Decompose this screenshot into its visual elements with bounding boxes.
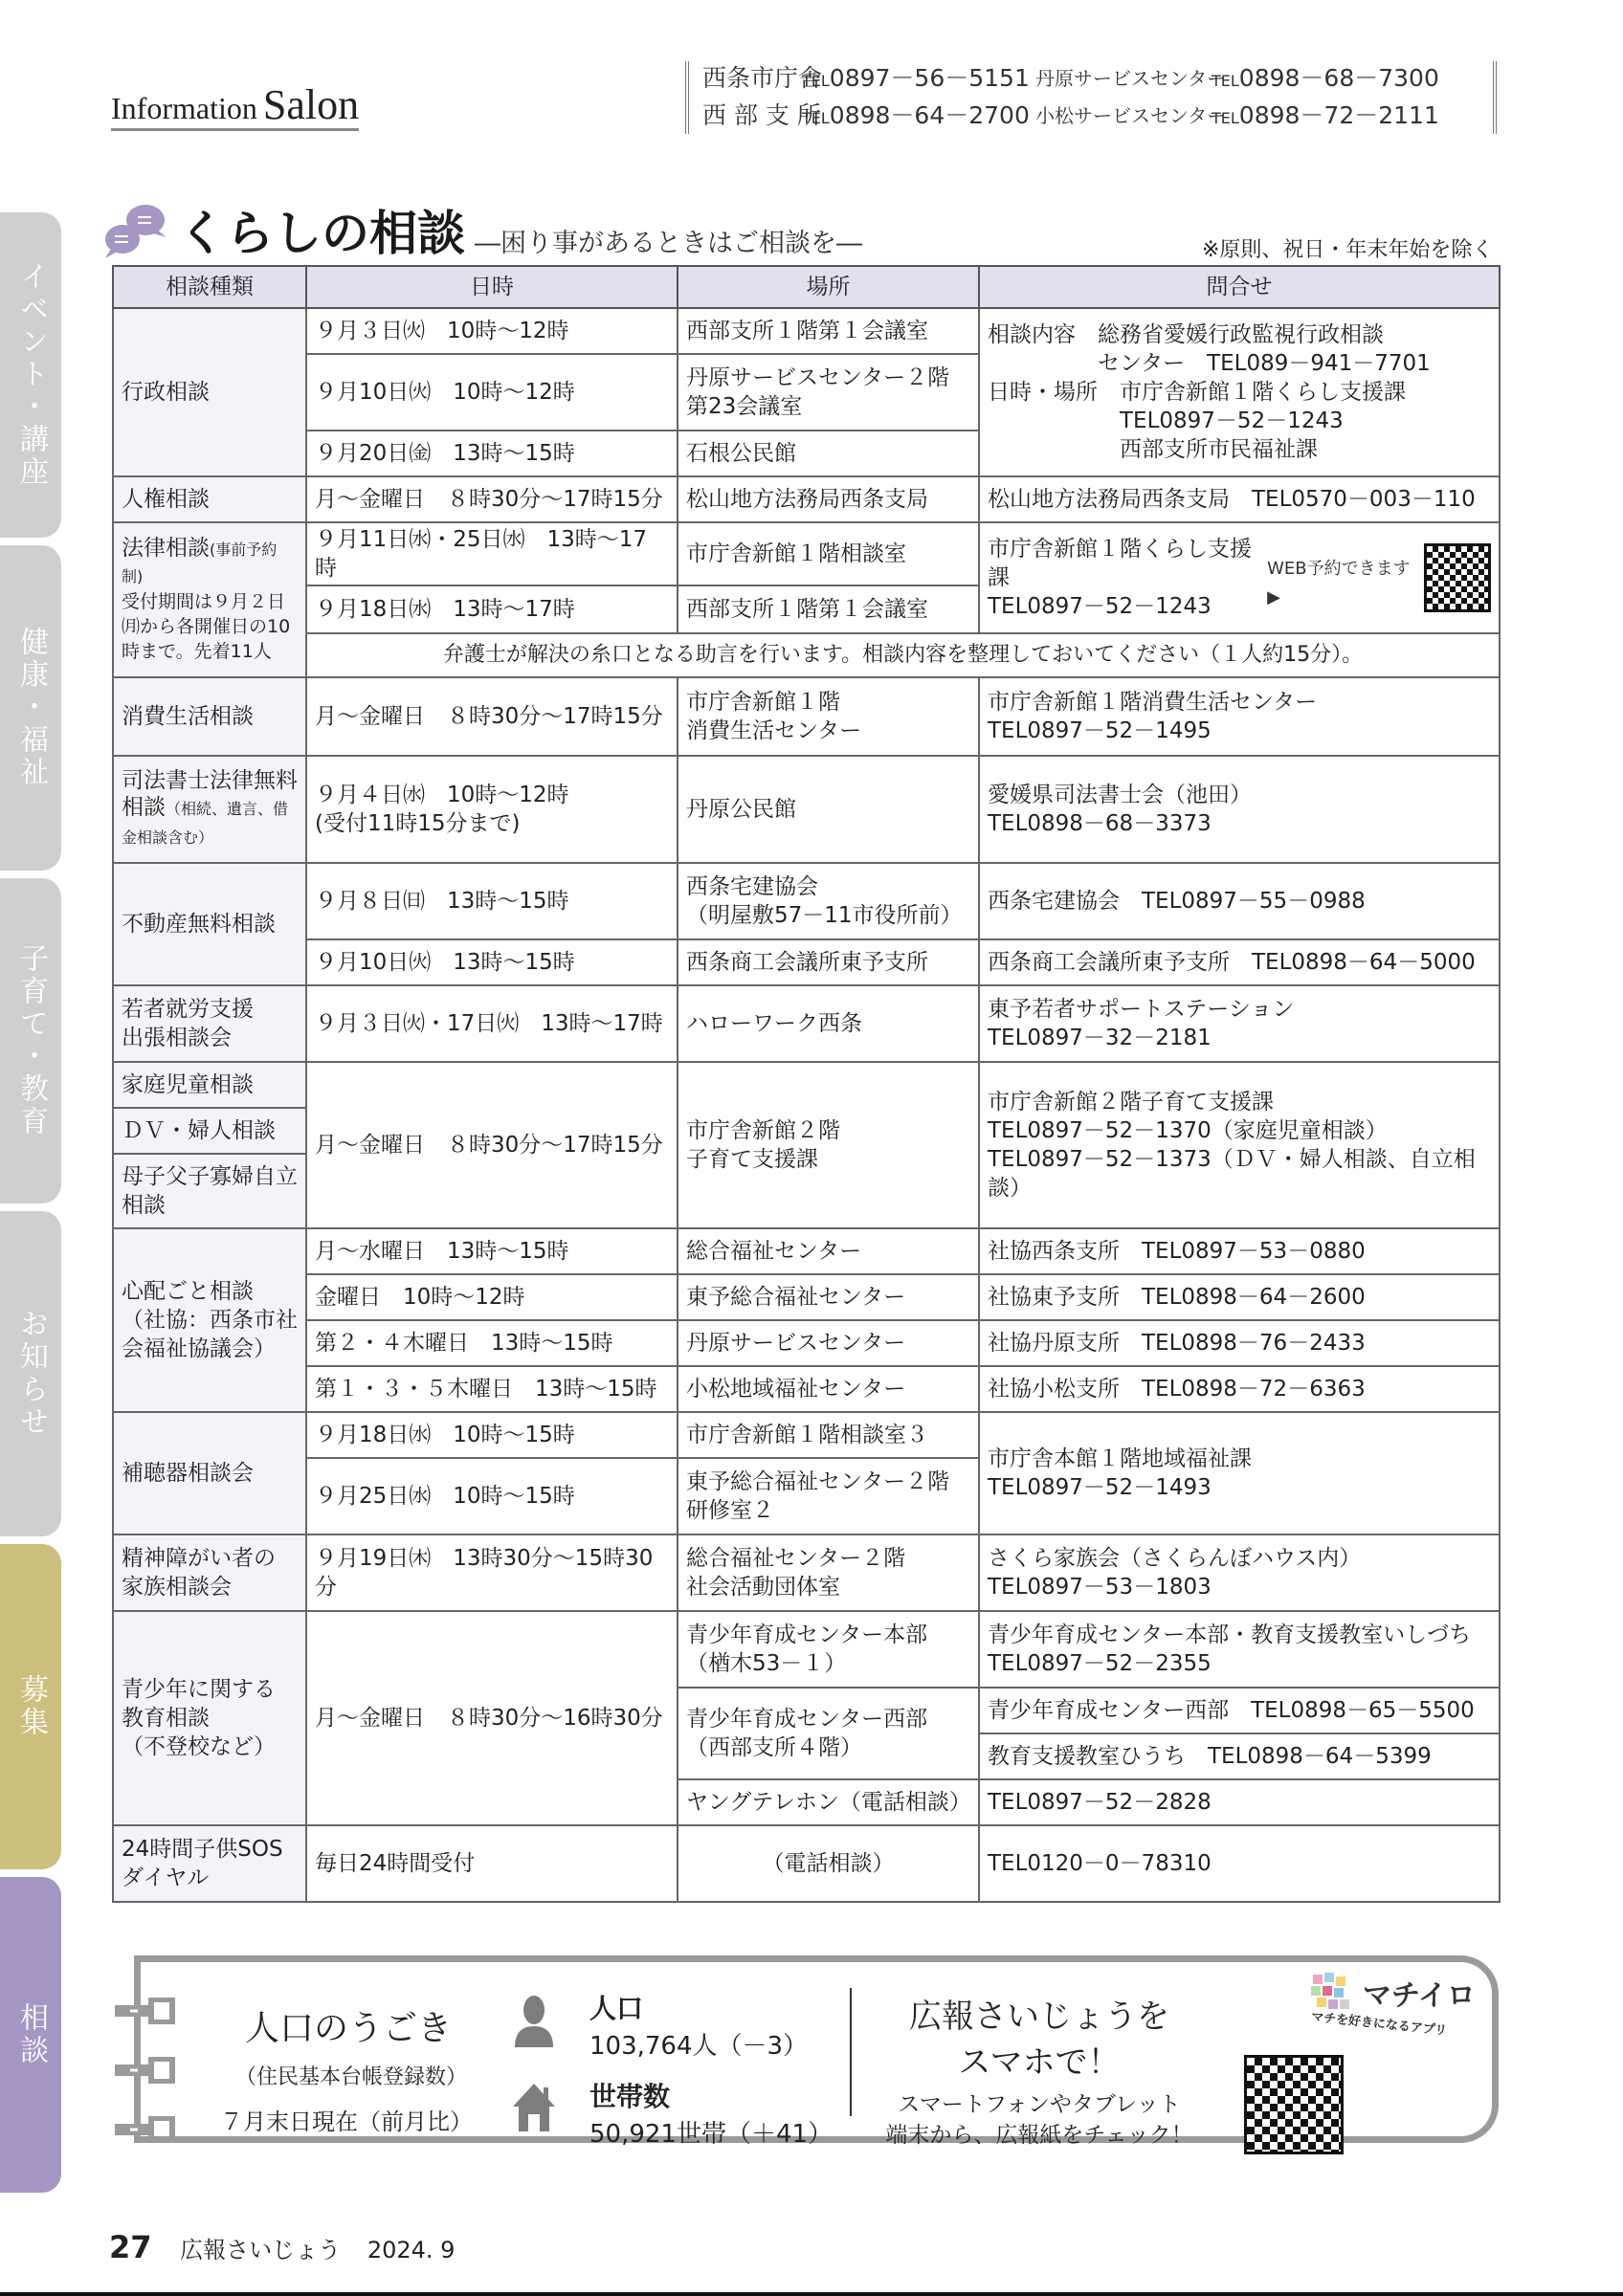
contact-cell: 青少年育成センター本部・教育支援教室いしづちTEL0897－52－2355 [979, 1611, 1500, 1688]
contact-cell: 市庁舎新館２階子育て支援課TEL0897－52－1370（家庭児童相談）TEL0… [979, 1062, 1500, 1228]
table-row: 不動産無料相談 ９月８日㈰ 13時～15時 西条宅建協会（明屋敷57－11市役所… [113, 863, 1500, 939]
date-cell: ９月18日㈬ 10時～15時 [306, 1412, 678, 1458]
place-cell: 丹原サービスセンター２階第23会議室 [678, 354, 979, 430]
contact-cell: TEL0897－52－2828 [979, 1779, 1500, 1825]
side-tab-events[interactable]: イベント・講座 [0, 212, 61, 538]
contact-cell: 愛媛県司法書士会（池田）TEL0898－68－3373 [979, 756, 1500, 863]
population-value: 103,764人（－3） [589, 2026, 808, 2062]
page-footer: 27 広報さいじょう 2024. 9 [109, 2229, 455, 2265]
side-tab-childcare[interactable]: 子育て・教育 [0, 878, 61, 1203]
office-phone-directory: 西条市庁舎 TEL0897－56－5151 丹原サービスセンター TEL0898… [685, 61, 1497, 134]
app-promo-description: スマートフォンやタブレット端末から、広報紙をチェック！ [877, 2089, 1202, 2151]
table-header-row: 相談種類 日時 場所 問合せ [113, 266, 1500, 308]
place-cell: 石根公民館 [678, 430, 979, 476]
office-tel: TEL0897－56－5151 [802, 61, 1035, 99]
date-cell: ９月11日㈬・25日㈬ 13時～17時 [306, 522, 678, 585]
table-row: 若者就労支援出張相談会 ９月３日㈫・17日㈫ 13時～17時 ハローワーク西条 … [113, 985, 1500, 1062]
date-cell: ９月18日㈬ 13時～17時 [306, 585, 678, 633]
column-header: 場所 [678, 266, 979, 308]
date-cell: ９月19日㈭ 13時30分～15時30分 [306, 1534, 678, 1611]
contact-cell: 青少年育成センター西部 TEL0898－65－5500 [979, 1688, 1500, 1733]
office-name: 小松サービスセンター [1035, 99, 1212, 136]
place-cell: 総合福祉センター [678, 1228, 979, 1274]
table-row: 第１・３・５木曜日 13時～15時 小松地域福祉センター 社協小松支所 TEL0… [113, 1366, 1500, 1412]
place-cell: 松山地方法務局西条支局 [678, 476, 979, 522]
date-cell: 月～金曜日 ８時30分～17時15分 [306, 476, 678, 522]
date-cell: 月～金曜日 ８時30分～17時15分 [306, 1062, 678, 1228]
contact-cell: 社協西条支所 TEL0897－53－0880 [979, 1228, 1500, 1274]
place-cell: 丹原サービスセンター [678, 1320, 979, 1366]
population-as-of: ７月末日現在（前月比） [220, 2103, 473, 2136]
information-salon-logo: InformationSalon [111, 84, 359, 131]
contact-cell: 社協丹原支所 TEL0898－76－2433 [979, 1320, 1500, 1366]
date-cell: ９月10日㈫ 10時～12時 [306, 354, 678, 430]
table-row: ９月10日㈫ 13時～15時 西条商工会議所東予支所 西条商工会議所東予支所 T… [113, 939, 1500, 985]
category-cell: 若者就労支援出張相談会 [113, 985, 306, 1062]
side-tab-notices[interactable]: お知らせ [0, 1211, 61, 1536]
person-icon [513, 1994, 555, 2047]
column-header: 問合せ [979, 266, 1500, 308]
column-header: 日時 [306, 266, 678, 308]
binder-ring-icon [113, 1998, 176, 2024]
table-row: 24時間子供SOSダイヤル 毎日24時間受付 （電話相談） TEL0120－0－… [113, 1825, 1500, 1902]
page-number: 27 [109, 2229, 152, 2265]
contact-cell: 相談内容 総務省愛媛行政監視行政相談 センター TEL089－941－7701日… [979, 308, 1500, 476]
consultation-table: 相談種類 日時 場所 問合せ 行政相談 ９月３日㈫ 10時～12時 西部支所１階… [112, 265, 1501, 1903]
web-reservation-label: WEB予約できます▶ [1267, 555, 1419, 612]
place-cell: 青少年育成センター西部（西部支所４階） [678, 1688, 979, 1779]
house-icon [511, 2082, 557, 2131]
contact-cell: 松山地方法務局西条支局 TEL0570－003－110 [979, 476, 1500, 522]
office-tel: TEL0898－72－2111 [1212, 99, 1422, 136]
table-row: 補聴器相談会 ９月18日㈬ 10時～15時 市庁舎新館１階相談室３ 市庁舎本館１… [113, 1412, 1500, 1458]
contact-cell: さくら家族会（さくらんぼハウス内）TEL0897－53－1803 [979, 1534, 1500, 1611]
table-row: 家庭児童相談 月～金曜日 ８時30分～17時15分 市庁舎新館２階子育て支援課 … [113, 1062, 1500, 1108]
place-cell: 市庁舎新館２階子育て支援課 [678, 1062, 979, 1228]
population-label: 人口 [589, 1988, 808, 2026]
category-cell: 母子父子寡婦自立相談 [113, 1154, 306, 1228]
category-cell: 心配ごと相談（社協：西条市社会福祉協議会） [113, 1228, 306, 1412]
place-cell: 東予総合福祉センター [678, 1274, 979, 1320]
place-cell: 市庁舎新館１階相談室 [678, 522, 979, 585]
place-cell: 市庁舎新館１階相談室３ [678, 1412, 979, 1458]
category-cell: 24時間子供SOSダイヤル [113, 1825, 306, 1902]
table-row: 人権相談 月～金曜日 ８時30分～17時15分 松山地方法務局西条支局 松山地方… [113, 476, 1500, 522]
population-title: 人口のうごき [245, 2001, 452, 2050]
category-cell: 青少年に関する教育相談（不登校など） [113, 1611, 306, 1825]
category-cell: 精神障がい者の家族相談会 [113, 1534, 306, 1611]
note-cell: 弁護士が解決の糸口となる助言を行います。相談内容を整理しておいてください（１人約… [306, 633, 1500, 677]
contact-cell: 西条宅建協会 TEL0897－55－0988 [979, 863, 1500, 939]
date-cell: ９月25日㈬ 10時～15時 [306, 1458, 678, 1534]
place-cell: 西条商工会議所東予支所 [678, 939, 979, 985]
table-row: 行政相談 ９月３日㈫ 10時～12時 西部支所１階第１会議室 相談内容 総務省愛… [113, 308, 1500, 354]
place-cell: 青少年育成センター本部（楢木53－１） [678, 1611, 979, 1688]
place-cell: 小松地域福祉センター [678, 1366, 979, 1412]
office-name: 西 部 支 所 [702, 99, 802, 136]
contact-cell: 教育支援教室ひうち TEL0898－64－5399 [979, 1733, 1500, 1779]
date-cell: ９月８日㈰ 13時～15時 [306, 863, 678, 939]
place-cell: 西部支所１階第１会議室 [678, 585, 979, 633]
date-cell: 月～金曜日 ８時30分～16時30分 [306, 1611, 678, 1825]
contact-cell: 市庁舎本館１階地域福祉課TEL0897－52－1493 [979, 1412, 1500, 1534]
category-cell: 補聴器相談会 [113, 1412, 306, 1534]
date-cell: ９月３日㈫ 10時～12時 [306, 308, 678, 354]
date-cell: 第１・３・５木曜日 13時～15時 [306, 1366, 678, 1412]
date-cell: 月～水曜日 13時～15時 [306, 1228, 678, 1274]
date-cell: ９月10日㈫ 13時～15時 [306, 939, 678, 985]
category-cell: ＤＶ・婦人相談 [113, 1108, 306, 1154]
table-row: 弁護士が解決の糸口となる助言を行います。相談内容を整理しておいてください（１人約… [113, 633, 1500, 677]
column-header: 相談種類 [113, 266, 306, 308]
office-tel: TEL0898－68－7300 [1212, 61, 1422, 99]
place-cell: 西条宅建協会（明屋敷57－11市役所前） [678, 863, 979, 939]
category-cell: 家庭児童相談 [113, 1062, 306, 1108]
category-cell: 司法書士法律無料相談（相続、遺言、借金相談含む） [113, 756, 306, 863]
place-cell: 丹原公民館 [678, 756, 979, 863]
category-cell: 法律相談(事前予約制) 受付期間は９月２日㈪から各開催日の10時まで。先着11人 [113, 522, 306, 677]
contact-cell: TEL0120－0－78310 [979, 1825, 1500, 1902]
category-cell: 行政相談 [113, 308, 306, 476]
date-cell: 金曜日 10時～12時 [306, 1274, 678, 1320]
date-cell: 毎日24時間受付 [306, 1825, 678, 1902]
section-subtitle: ―困り事があるときはご相談を― [475, 222, 862, 259]
category-cell: 不動産無料相談 [113, 863, 306, 985]
office-tel: TEL0898－64－2700 [802, 99, 1035, 136]
side-tab-recruitment[interactable]: 募集 [0, 1544, 61, 1869]
contact-cell: 市庁舎新館１階消費生活センターTEL0897－52－1495 [979, 677, 1500, 756]
contact-cell: 東予若者サポートステーションTEL0897－32－2181 [979, 985, 1500, 1062]
table-row: 金曜日 10時～12時 東予総合福祉センター 社協東予支所 TEL0898－64… [113, 1274, 1500, 1320]
office-name: 西条市庁舎 [702, 61, 802, 99]
divider [850, 1988, 852, 2116]
table-row: 心配ごと相談（社協：西条市社会福祉協議会） 月～水曜日 13時～15時 総合福祉… [113, 1228, 1500, 1274]
place-cell: 市庁舎新館１階消費生活センター [678, 677, 979, 756]
contact-cell: 市庁舎新館１階くらし支援課TEL0897－52－1243 WEB予約できます▶ [979, 522, 1500, 633]
section-title: くらしの相談 [178, 205, 465, 262]
qr-code-icon[interactable] [1424, 543, 1491, 612]
contact-cell: 社協小松支所 TEL0898－72－6363 [979, 1366, 1500, 1412]
table-row: 精神障がい者の家族相談会 ９月19日㈭ 13時30分～15時30分 総合福祉セン… [113, 1534, 1500, 1611]
contact-cell: 社協東予支所 TEL0898－64－2600 [979, 1274, 1500, 1320]
speech-bubbles-icon [103, 203, 168, 260]
section-note: ※原則、祝日・年末年始を除く [1202, 233, 1493, 263]
place-cell: 総合福祉センター２階社会活動団体室 [678, 1534, 979, 1611]
side-tab-consultation[interactable]: 相談 [0, 1877, 61, 2193]
households-label: 世帯数 [589, 2076, 833, 2114]
table-row: 司法書士法律無料相談（相続、遺言、借金相談含む） ９月４日㈬ 10時～12時(受… [113, 756, 1500, 863]
date-cell: 月～金曜日 ８時30分～17時15分 [306, 677, 678, 756]
place-cell: ヤングテレホン（電話相談） [678, 1779, 979, 1825]
office-name: 丹原サービスセンター [1035, 61, 1212, 99]
side-tab-health[interactable]: 健康・福祉 [0, 545, 61, 871]
app-qr-code-icon[interactable] [1244, 2055, 1344, 2154]
date-cell: ９月３日㈫・17日㈫ 13時～17時 [306, 985, 678, 1062]
app-name: マチイロ [1363, 1972, 1476, 2014]
place-cell: 西部支所１階第１会議室 [678, 308, 979, 354]
table-row: 青少年に関する教育相談（不登校など） 月～金曜日 ８時30分～16時30分 青少… [113, 1611, 1500, 1688]
app-promo-title: 広報さいじょうをスマホで！ [877, 1994, 1202, 2086]
publication-name: 広報さいじょう [180, 2237, 341, 2263]
binder-ring-icon [113, 2057, 176, 2084]
machiiro-logo: マチイロ マチを好きになるアプリ [1309, 1971, 1476, 2033]
place-cell: ハローワーク西条 [678, 985, 979, 1062]
issue-date: 2024. 9 [367, 2237, 456, 2263]
date-cell: ９月20日㈮ 13時～15時 [306, 430, 678, 476]
contact-cell: 西条商工会議所東予支所 TEL0898－64－5000 [979, 939, 1500, 985]
place-cell: （電話相談） [678, 1825, 979, 1902]
category-cell: 消費生活相談 [113, 677, 306, 756]
date-cell: ９月４日㈬ 10時～12時(受付11時15分まで) [306, 756, 678, 863]
place-cell: 東予総合福祉センター２階研修室２ [678, 1458, 979, 1534]
table-row: 第２・４木曜日 13時～15時 丹原サービスセンター 社協丹原支所 TEL089… [113, 1320, 1500, 1366]
category-cell: 人権相談 [113, 476, 306, 522]
table-row: 消費生活相談 月～金曜日 ８時30分～17時15分 市庁舎新館１階消費生活センタ… [113, 677, 1500, 756]
bottom-rule [0, 2292, 1623, 2296]
population-subtitle: （住民基本台帳登録数） [235, 2061, 467, 2090]
date-cell: 第２・４木曜日 13時～15時 [306, 1320, 678, 1366]
households-value: 50,921世帯（＋41） [589, 2114, 833, 2150]
table-row: 法律相談(事前予約制) 受付期間は９月２日㈪から各開催日の10時まで。先着11人… [113, 522, 1500, 585]
binder-ring-icon [113, 2116, 176, 2143]
